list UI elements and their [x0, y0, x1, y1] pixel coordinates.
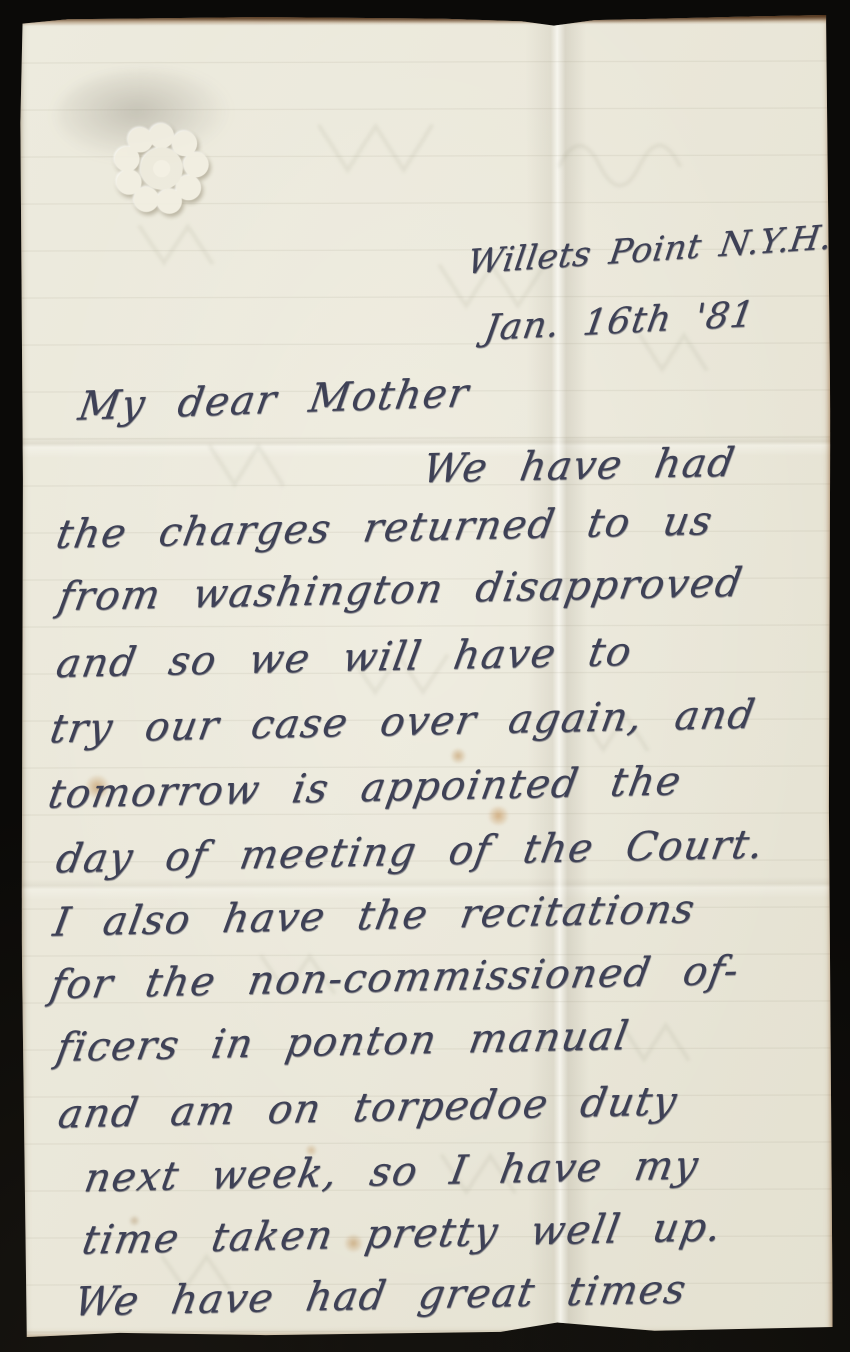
- letter-line: We have had: [420, 441, 739, 491]
- photo-backdrop: Willets Point N.Y.H. Jan. 16th '81 My de…: [0, 0, 850, 1352]
